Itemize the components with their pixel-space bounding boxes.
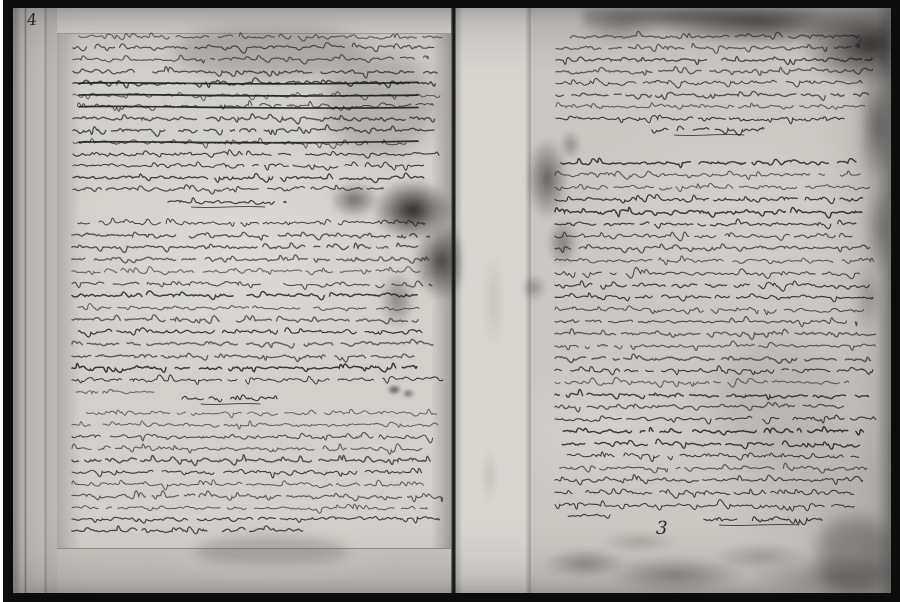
left-page-bottom-fold: [57, 548, 451, 593]
right-page-inner-margin: [456, 8, 531, 593]
manuscript-photo: 4 3 3: [13, 8, 891, 593]
manuscript-photo-page: 4 3 3: [0, 0, 900, 602]
folio-number-left: 4: [26, 12, 38, 29]
right-page: [531, 8, 891, 593]
left-page-top-fold: [57, 8, 451, 34]
photo-frame: 4 3 3: [3, 0, 900, 602]
left-page: [57, 8, 451, 593]
left-page-edge-strip: [13, 8, 57, 593]
page-number-bottom: 3: [656, 520, 668, 538]
book-gutter: [451, 8, 456, 593]
folio-number-right-top: 3: [854, 37, 862, 50]
